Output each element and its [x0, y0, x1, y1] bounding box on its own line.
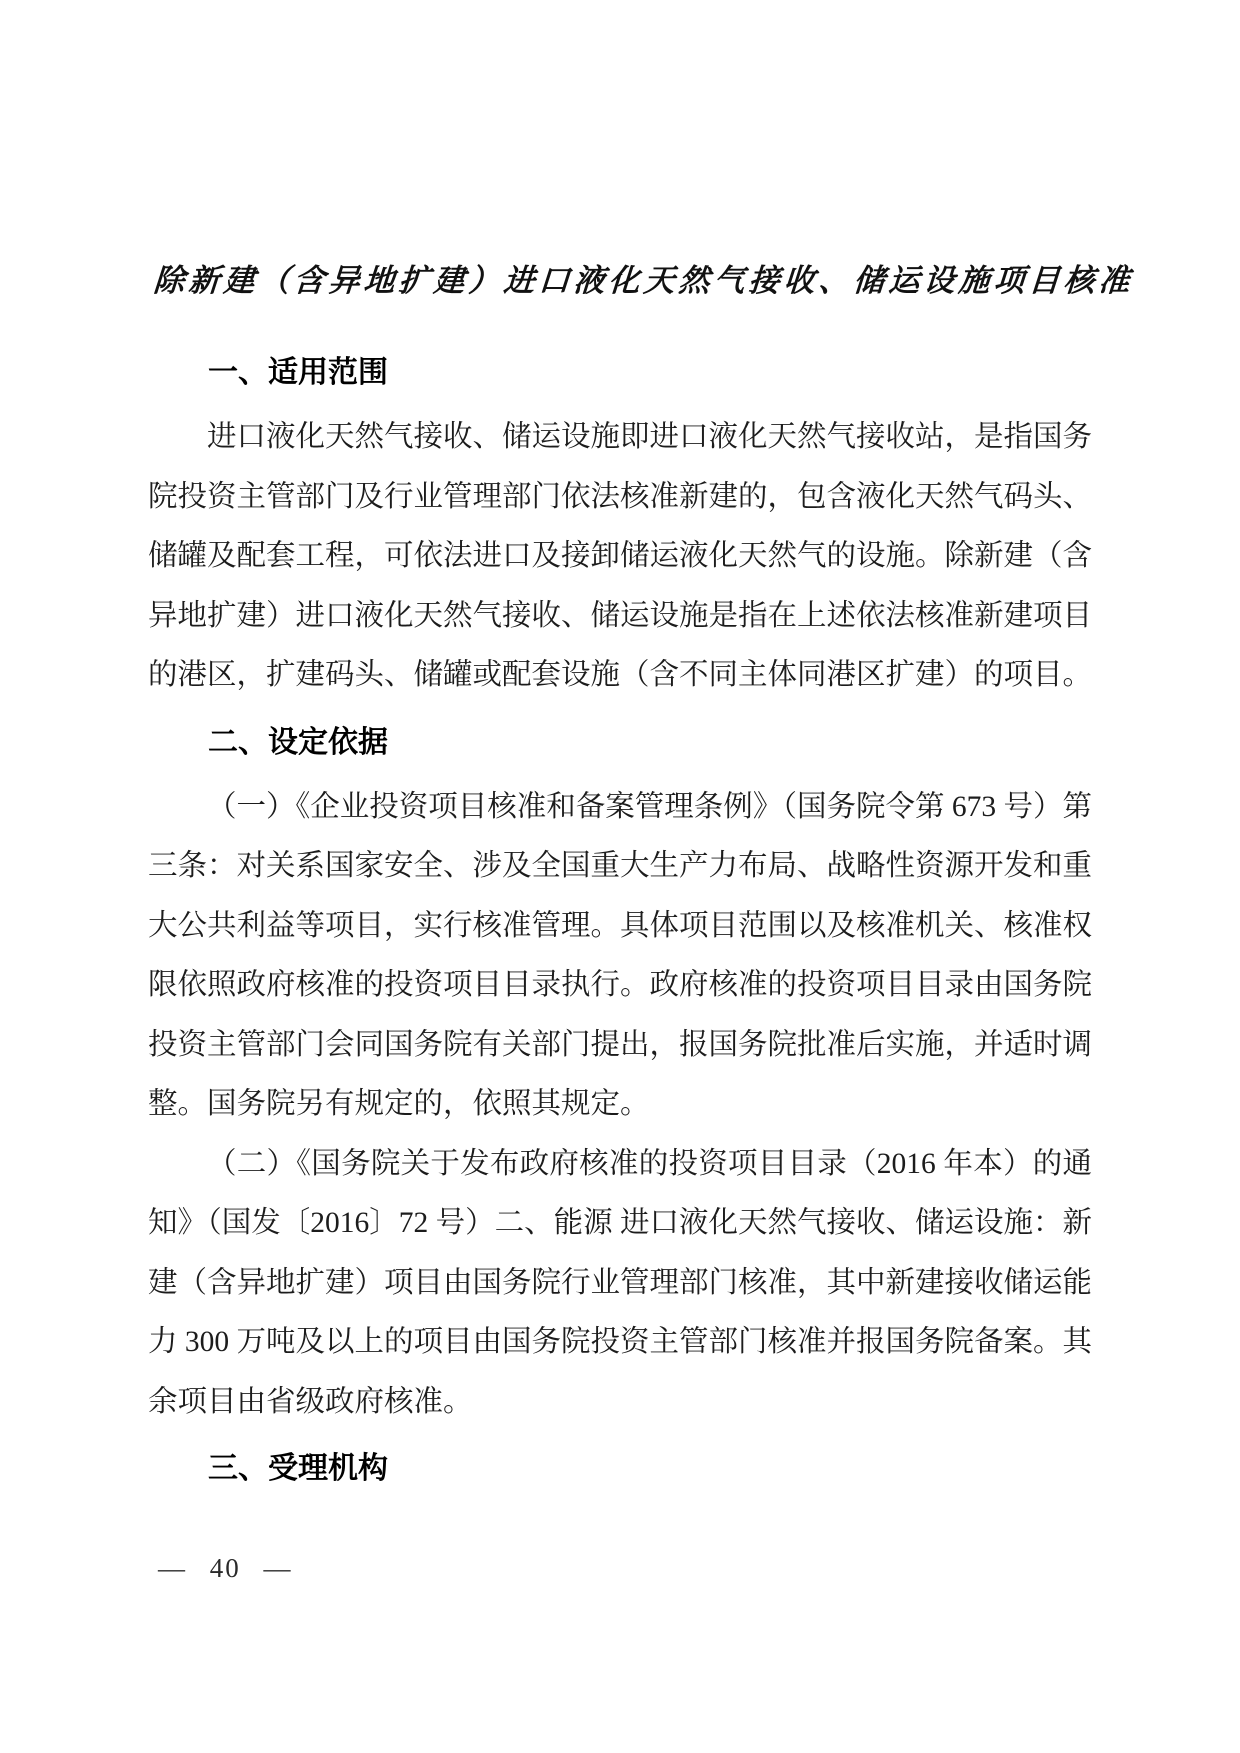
document-content: 除新建（含异地扩建）进口液化天然气接收、储运设施项目核准 一、适用范围 进口液化…	[0, 0, 1240, 1492]
document-title: 除新建（含异地扩建）进口液化天然气接收、储运设施项目核准	[152, 258, 1095, 304]
paragraph-basis-2: （二）《国务院关于发布政府核准的投资项目目录（2016 年本）的通知》（国发〔2…	[148, 1135, 1092, 1433]
page-number: — 40 —	[158, 1553, 293, 1583]
section-heading-scope: 一、适用范围	[148, 350, 1092, 396]
section-heading-basis: 二、设定依据	[148, 720, 1092, 766]
document-page: 除新建（含异地扩建）进口液化天然气接收、储运设施项目核准 一、适用范围 进口液化…	[0, 0, 1240, 1753]
page-footer: — 40 —	[158, 1553, 293, 1584]
section-heading-authority: 三、受理机构	[148, 1446, 1092, 1492]
paragraph-scope: 进口液化天然气接收、储运设施即进口液化天然气接收站，是指国务院投资主管部门及行业…	[148, 408, 1092, 706]
paragraph-basis-1: （一）《企业投资项目核准和备案管理条例》（国务院令第 673 号）第三条：对关系…	[148, 778, 1092, 1135]
